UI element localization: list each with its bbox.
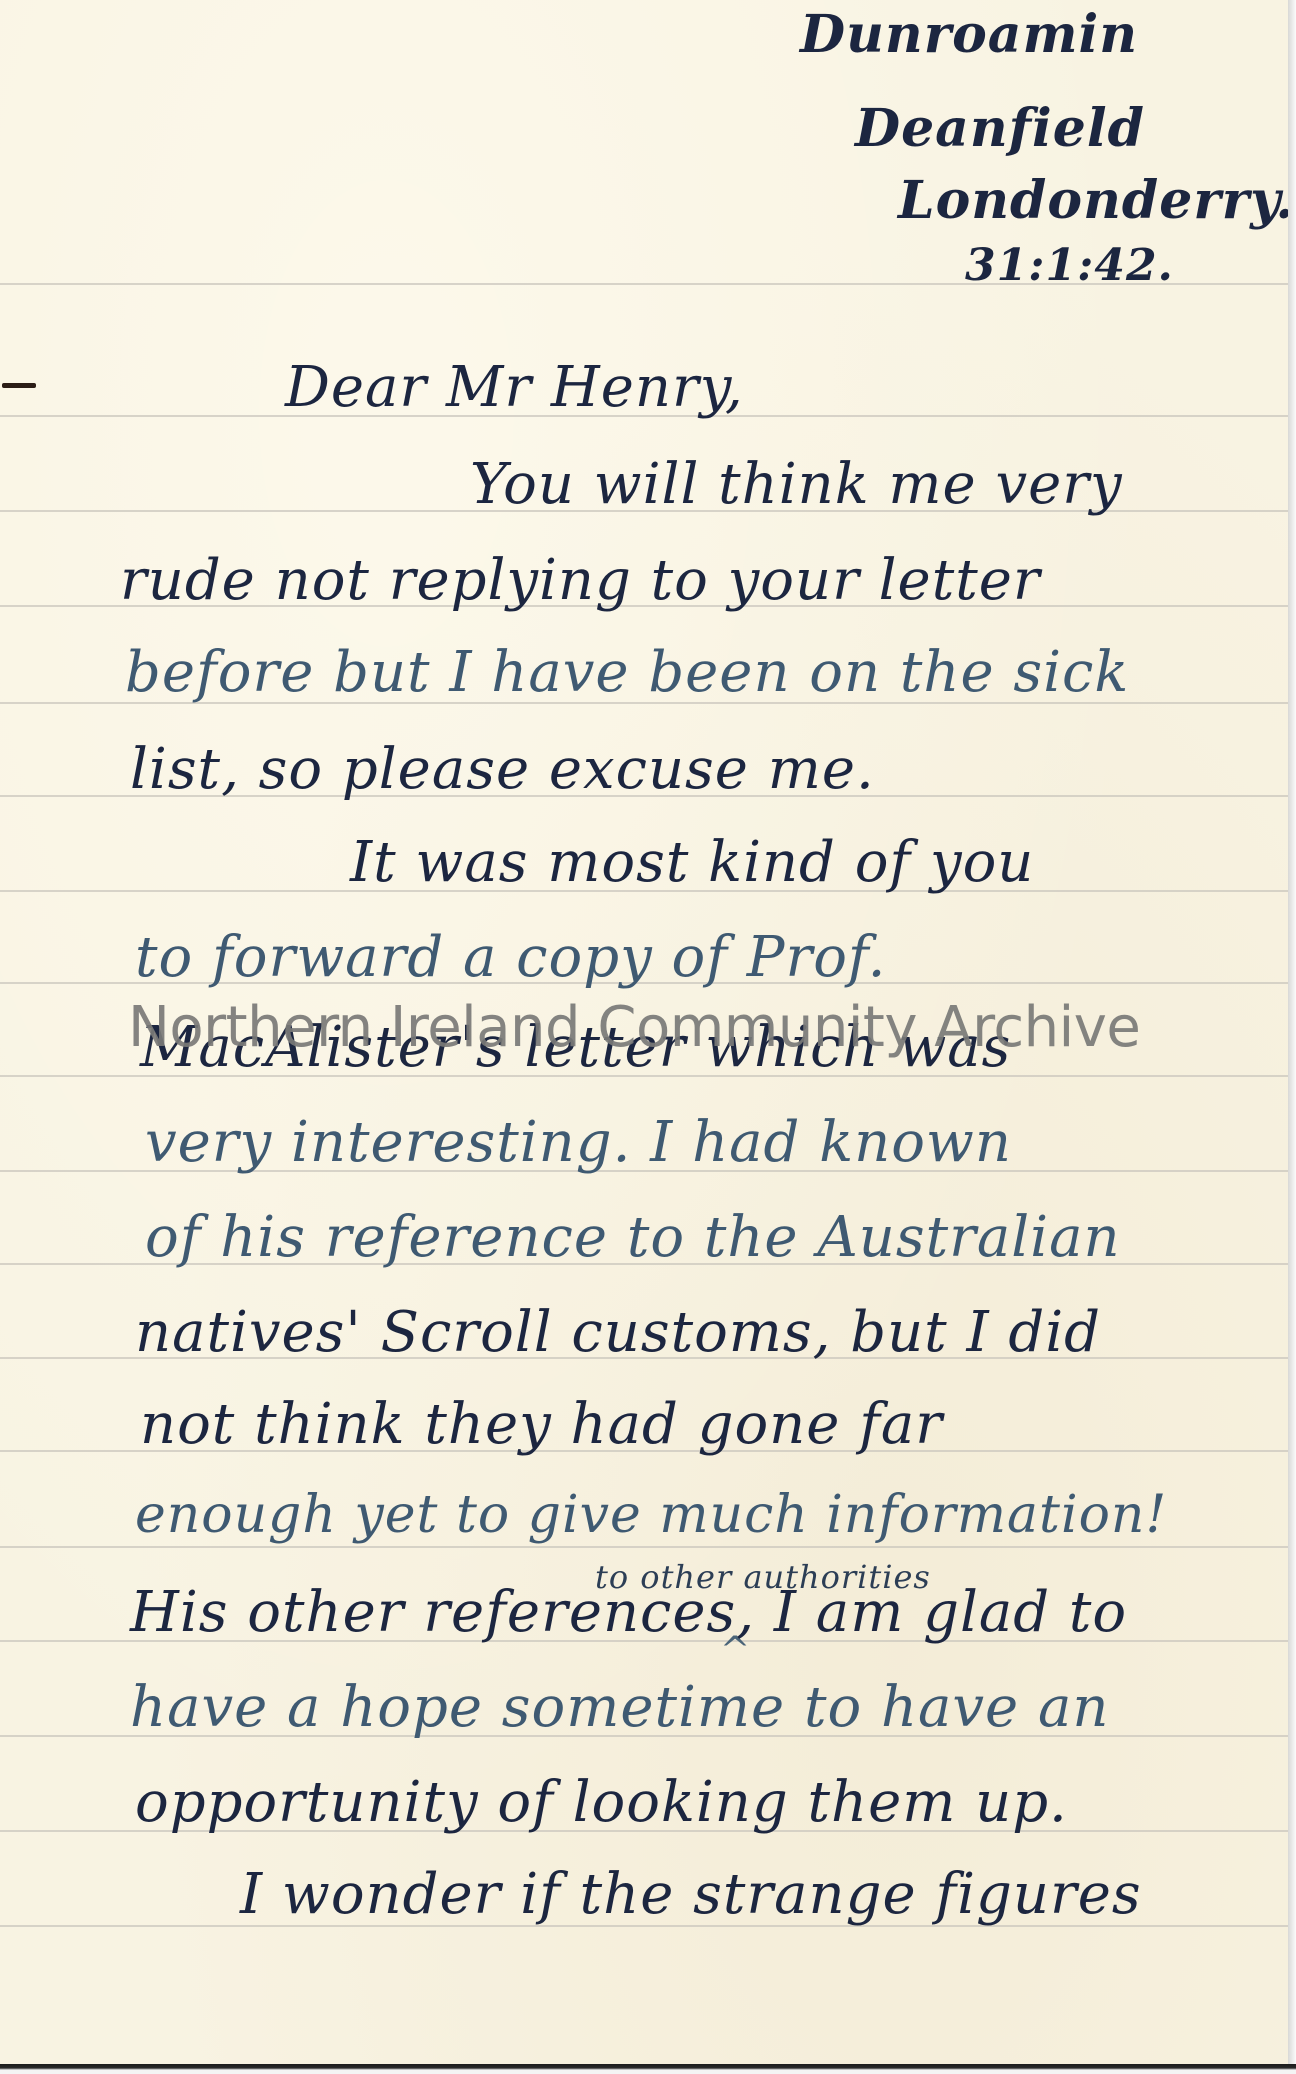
- body-line: very interesting. I had known: [145, 1110, 1012, 1175]
- body-line: to forward a copy of Prof.: [135, 925, 886, 990]
- address-line-1: Dunroamin: [800, 4, 1138, 65]
- body-line: have a hope sometime to have an: [130, 1675, 1109, 1740]
- letter-page: Dunroamin Deanfield Londonderry. 31:1:42…: [0, 0, 1288, 2066]
- body-line: It was most kind of you: [350, 830, 1034, 895]
- scan-right-edge: [1288, 0, 1296, 2066]
- body-line: I wonder if the strange figures: [240, 1862, 1142, 1927]
- archive-watermark: Northern Ireland Community Archive: [128, 995, 1140, 1060]
- body-line: opportunity of looking them up.: [135, 1770, 1068, 1835]
- scan-bottom-edge: [0, 2064, 1296, 2074]
- letter-date: 31:1:42.: [965, 240, 1174, 291]
- ruled-line: [0, 1546, 1288, 1548]
- address-line-3: Londonderry.: [898, 170, 1288, 231]
- edge-ink-mark: [2, 383, 36, 388]
- body-line: rude not replying to your letter: [120, 548, 1041, 613]
- body-line: natives' Scroll customs, but I did: [135, 1300, 1101, 1365]
- address-line-2: Deanfield: [855, 98, 1145, 159]
- body-line: before but I have been on the sick: [125, 640, 1129, 705]
- body-line: of his reference to the Australian: [145, 1205, 1121, 1270]
- body-line: You will think me very: [470, 452, 1123, 517]
- body-line: list, so please excuse me.: [130, 737, 875, 802]
- body-line: enough yet to give much information!: [135, 1485, 1167, 1545]
- body-line: not think they had gone far: [140, 1392, 943, 1457]
- salutation: Dear Mr Henry,: [285, 355, 744, 420]
- body-line: His other references, I am glad to: [130, 1580, 1127, 1645]
